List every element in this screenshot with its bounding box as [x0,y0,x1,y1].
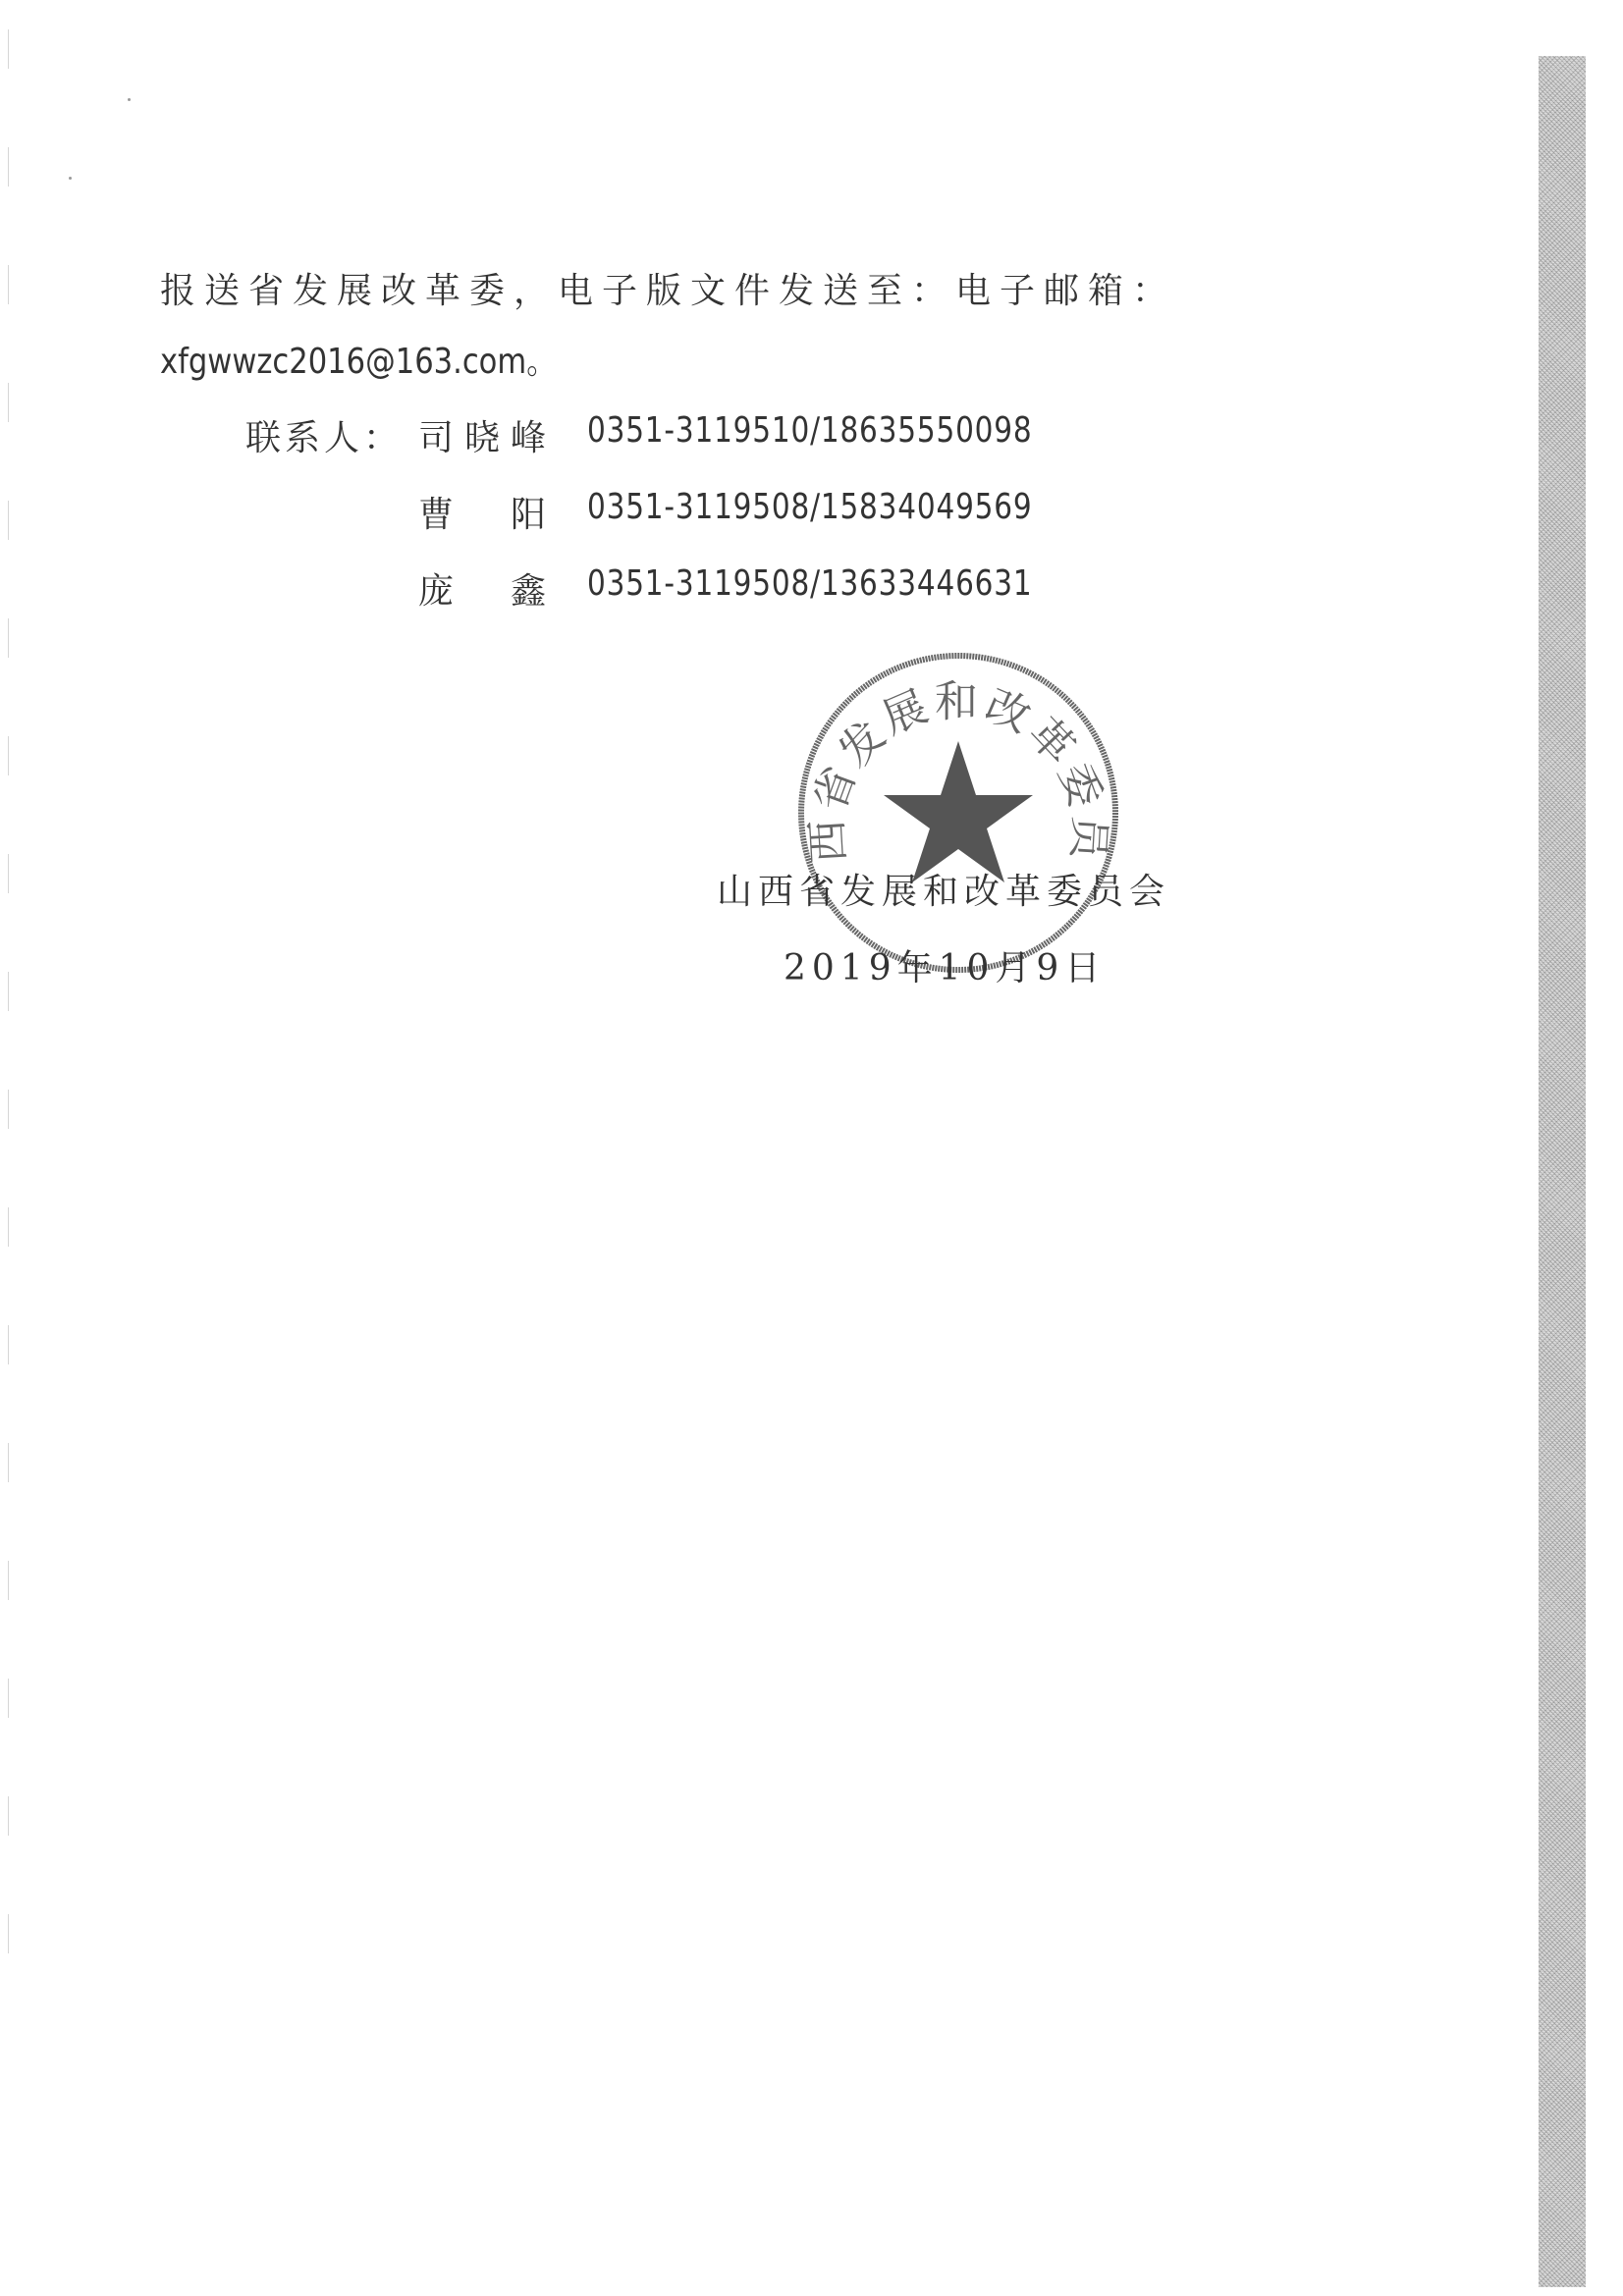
scan-speck [128,98,131,101]
contacts-label: 联系人： [245,410,403,460]
contact-name-char: 鑫 [511,563,546,614]
contact-phone: 0351-3119508/15834049569 [587,487,1032,527]
document-date: 2019年10月9日 [784,940,1106,990]
contact-phone: 0351-3119508/13633446631 [587,563,1032,604]
scan-edge-artifact [8,29,9,1993]
contact-phone: 0351-3119510/18635550098 [587,410,1032,451]
scan-border-strip [1539,56,1586,2287]
signing-organization: 山西省发展和改革委员会 [717,864,1170,914]
contact-name: 庞 鑫 [418,563,546,614]
contact-name-char: 庞 [418,563,454,614]
contact-name-char: 阳 [511,487,546,537]
contact-name-char: 晓 [464,410,500,460]
contact-name-char: 曹 [418,487,454,537]
official-seal: 山西省发展和改革委员会 [793,648,1123,978]
contact-name-char: 司 [418,410,454,460]
contact-name: 司 晓 峰 [418,410,546,460]
scan-speck [69,177,72,180]
body-text-line: 报送省发展改革委，电子版文件发送至：电子邮箱： [160,263,1176,313]
star-icon [884,741,1033,882]
contact-name-char: 峰 [511,410,546,460]
contact-name: 曹 阳 [418,487,546,537]
email-address: xfgwwzc2016@163.com。 [160,334,557,384]
document-page: 报送省发展改革委，电子版文件发送至：电子邮箱： xfgwwzc2016@163.… [0,0,1623,2296]
